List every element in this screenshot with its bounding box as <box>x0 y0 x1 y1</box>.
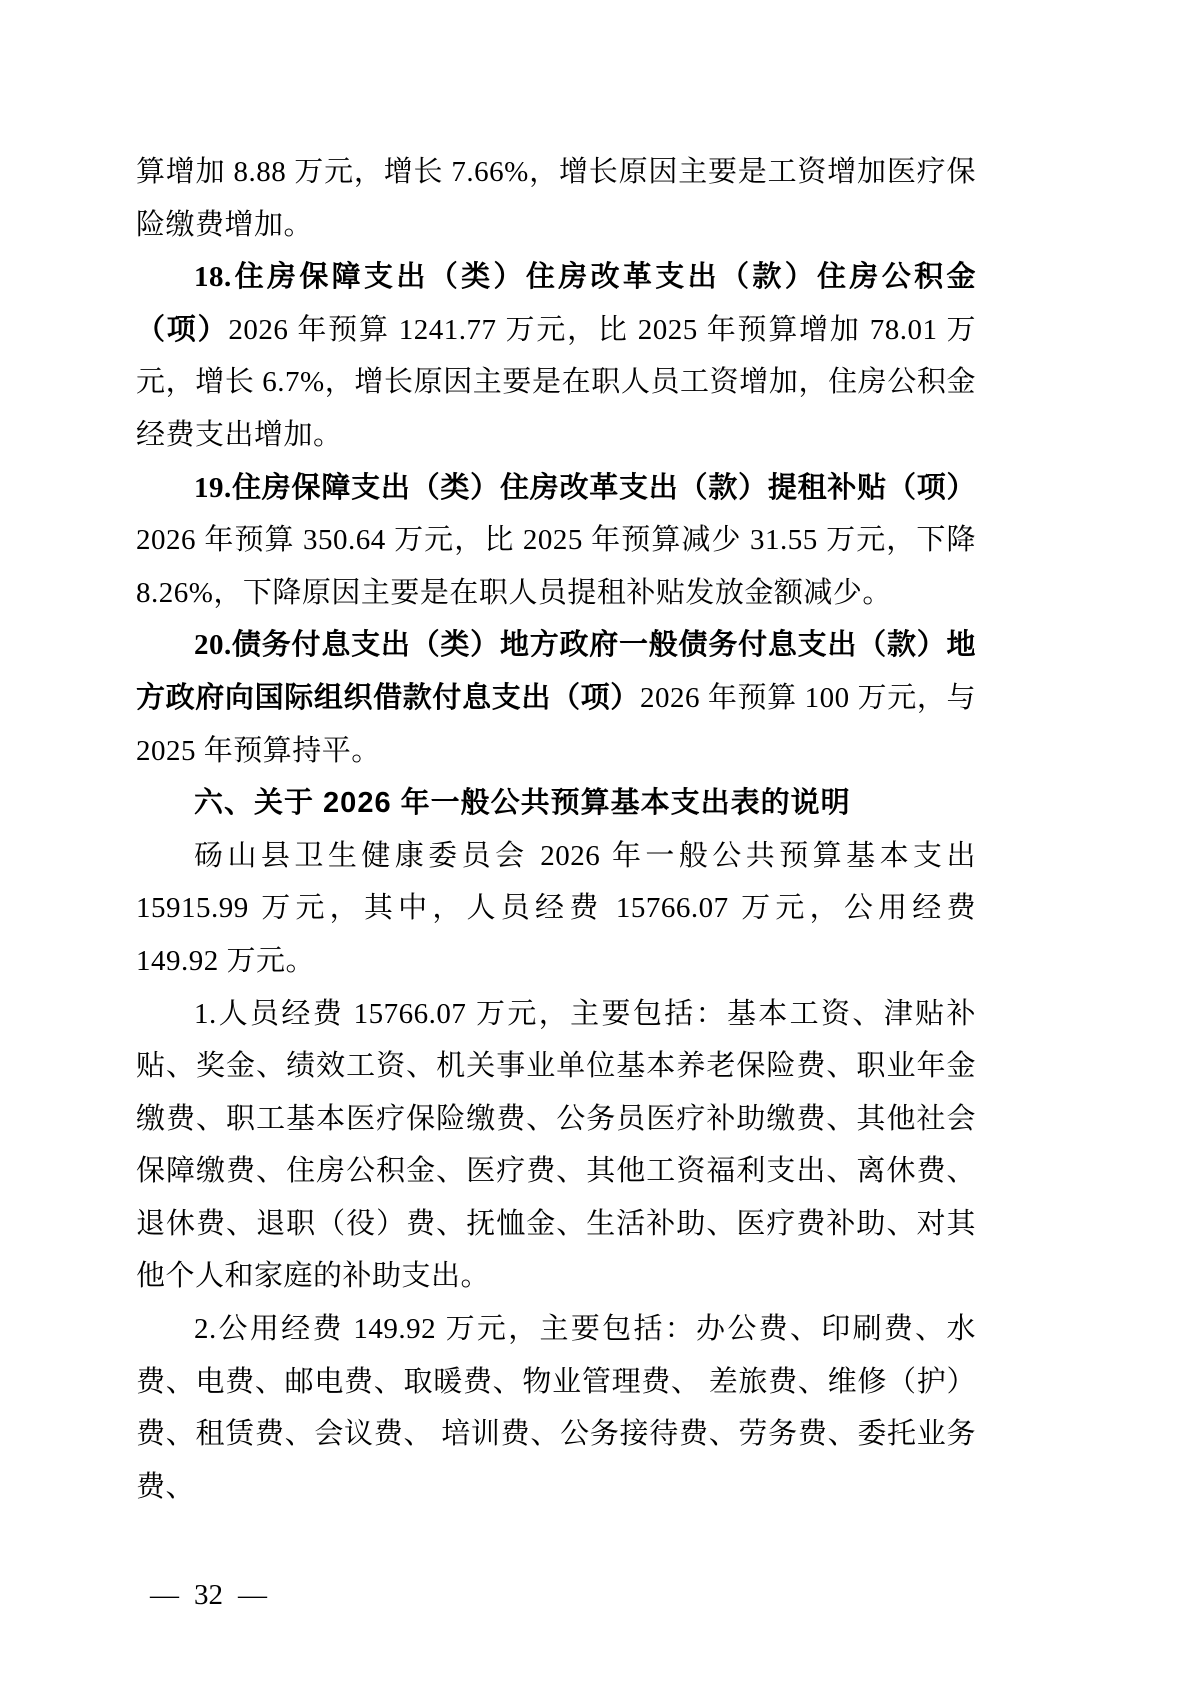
item-19-heading: 19.住房保障支出（类）住房改革支出（款）提租补贴（项） <box>194 472 976 504</box>
paragraph-public-expense: 2.公用经费 149.92 万元，主要包括：办公费、印刷费、水费、电费、邮电费、… <box>136 1303 976 1513</box>
page-footer: — 32 — <box>150 1578 267 1612</box>
item-19-body: 2026 年预算 350.64 万元，比 2025 年预算减少 31.55 万元… <box>136 524 976 609</box>
paragraph-item-20: 20.债务付息支出（类）地方政府一般债务付息支出（款）地方政府向国际组织借款付息… <box>136 619 976 777</box>
paragraph-continuation: 算增加 8.88 万元，增长 7.66%，增长原因主要是工资增加医疗保险缴费增加… <box>136 146 976 251</box>
document-body: 算增加 8.88 万元，增长 7.66%，增长原因主要是工资增加医疗保险缴费增加… <box>136 146 976 1513</box>
paragraph-section-6-intro: 砀山县卫生健康委员会 2026 年一般公共预算基本支出 15915.99 万元，… <box>136 830 976 988</box>
footer-right-dash: — <box>238 1578 267 1612</box>
section-6-heading: 六、关于 2026 年一般公共预算基本支出表的说明 <box>136 777 976 830</box>
paragraph-personnel-expense: 1.人员经费 15766.07 万元，主要包括：基本工资、津贴补贴、奖金、绩效工… <box>136 988 976 1304</box>
footer-left-dash: — <box>150 1578 179 1612</box>
paragraph-item-19: 19.住房保障支出（类）住房改革支出（款）提租补贴（项）2026 年预算 350… <box>136 462 976 620</box>
page-number: 32 <box>194 1578 223 1612</box>
document-page: 算增加 8.88 万元，增长 7.66%，增长原因主要是工资增加医疗保险缴费增加… <box>0 0 1190 1683</box>
item-18-body: 2026 年预算 1241.77 万元，比 2025 年预算增加 78.01 万… <box>136 314 976 451</box>
paragraph-item-18: 18.住房保障支出（类）住房改革支出（款）住房公积金（项）2026 年预算 12… <box>136 251 976 461</box>
